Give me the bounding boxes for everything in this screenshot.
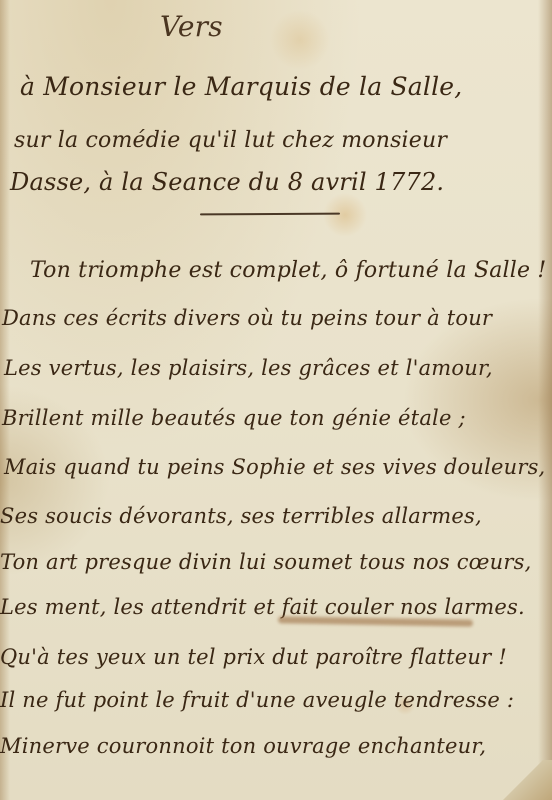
verse-line-2: Dans ces écrits divers où tu peins tour … <box>2 306 492 330</box>
verse-line-9: Qu'à tes yeux un tel prix dut paroître f… <box>0 645 507 669</box>
heading-line-2: sur la comédie qu'il lut chez monsieur <box>14 128 447 153</box>
verse-line-5: Mais quand tu peins Sophie et ses vives … <box>4 455 545 479</box>
folded-page-corner <box>502 760 552 800</box>
verse-line-8: Les ment, les attendrit et fait couler n… <box>0 595 525 619</box>
verse-line-11: Minerve couronnoit ton ouvrage enchanteu… <box>0 734 486 758</box>
page-edge-right <box>538 0 552 800</box>
verse-line-10: Il ne fut point le fruit d'une aveugle t… <box>0 688 514 712</box>
verse-line-4: Brillent mille beautés que ton génie éta… <box>2 406 466 430</box>
heading-line-3: Dasse, à la Seance du 8 avril 1772. <box>10 168 444 196</box>
manuscript-title: Vers <box>160 10 223 43</box>
verse-line-6: Ses soucis dévorants, ses terribles alla… <box>0 504 482 528</box>
verse-line-3: Les vertus, les plaisirs, les grâces et … <box>4 356 493 380</box>
verse-line-7: Ton art presque divin lui soumet tous no… <box>0 550 531 574</box>
page-edge-left <box>0 0 10 800</box>
title-divider-rule <box>200 213 340 216</box>
heading-line-1: à Monsieur le Marquis de la Salle, <box>20 72 462 101</box>
verse-line-1: Ton triomphe est complet, ô fortuné la S… <box>30 258 546 283</box>
manuscript-page: Vers à Monsieur le Marquis de la Salle, … <box>0 0 552 800</box>
